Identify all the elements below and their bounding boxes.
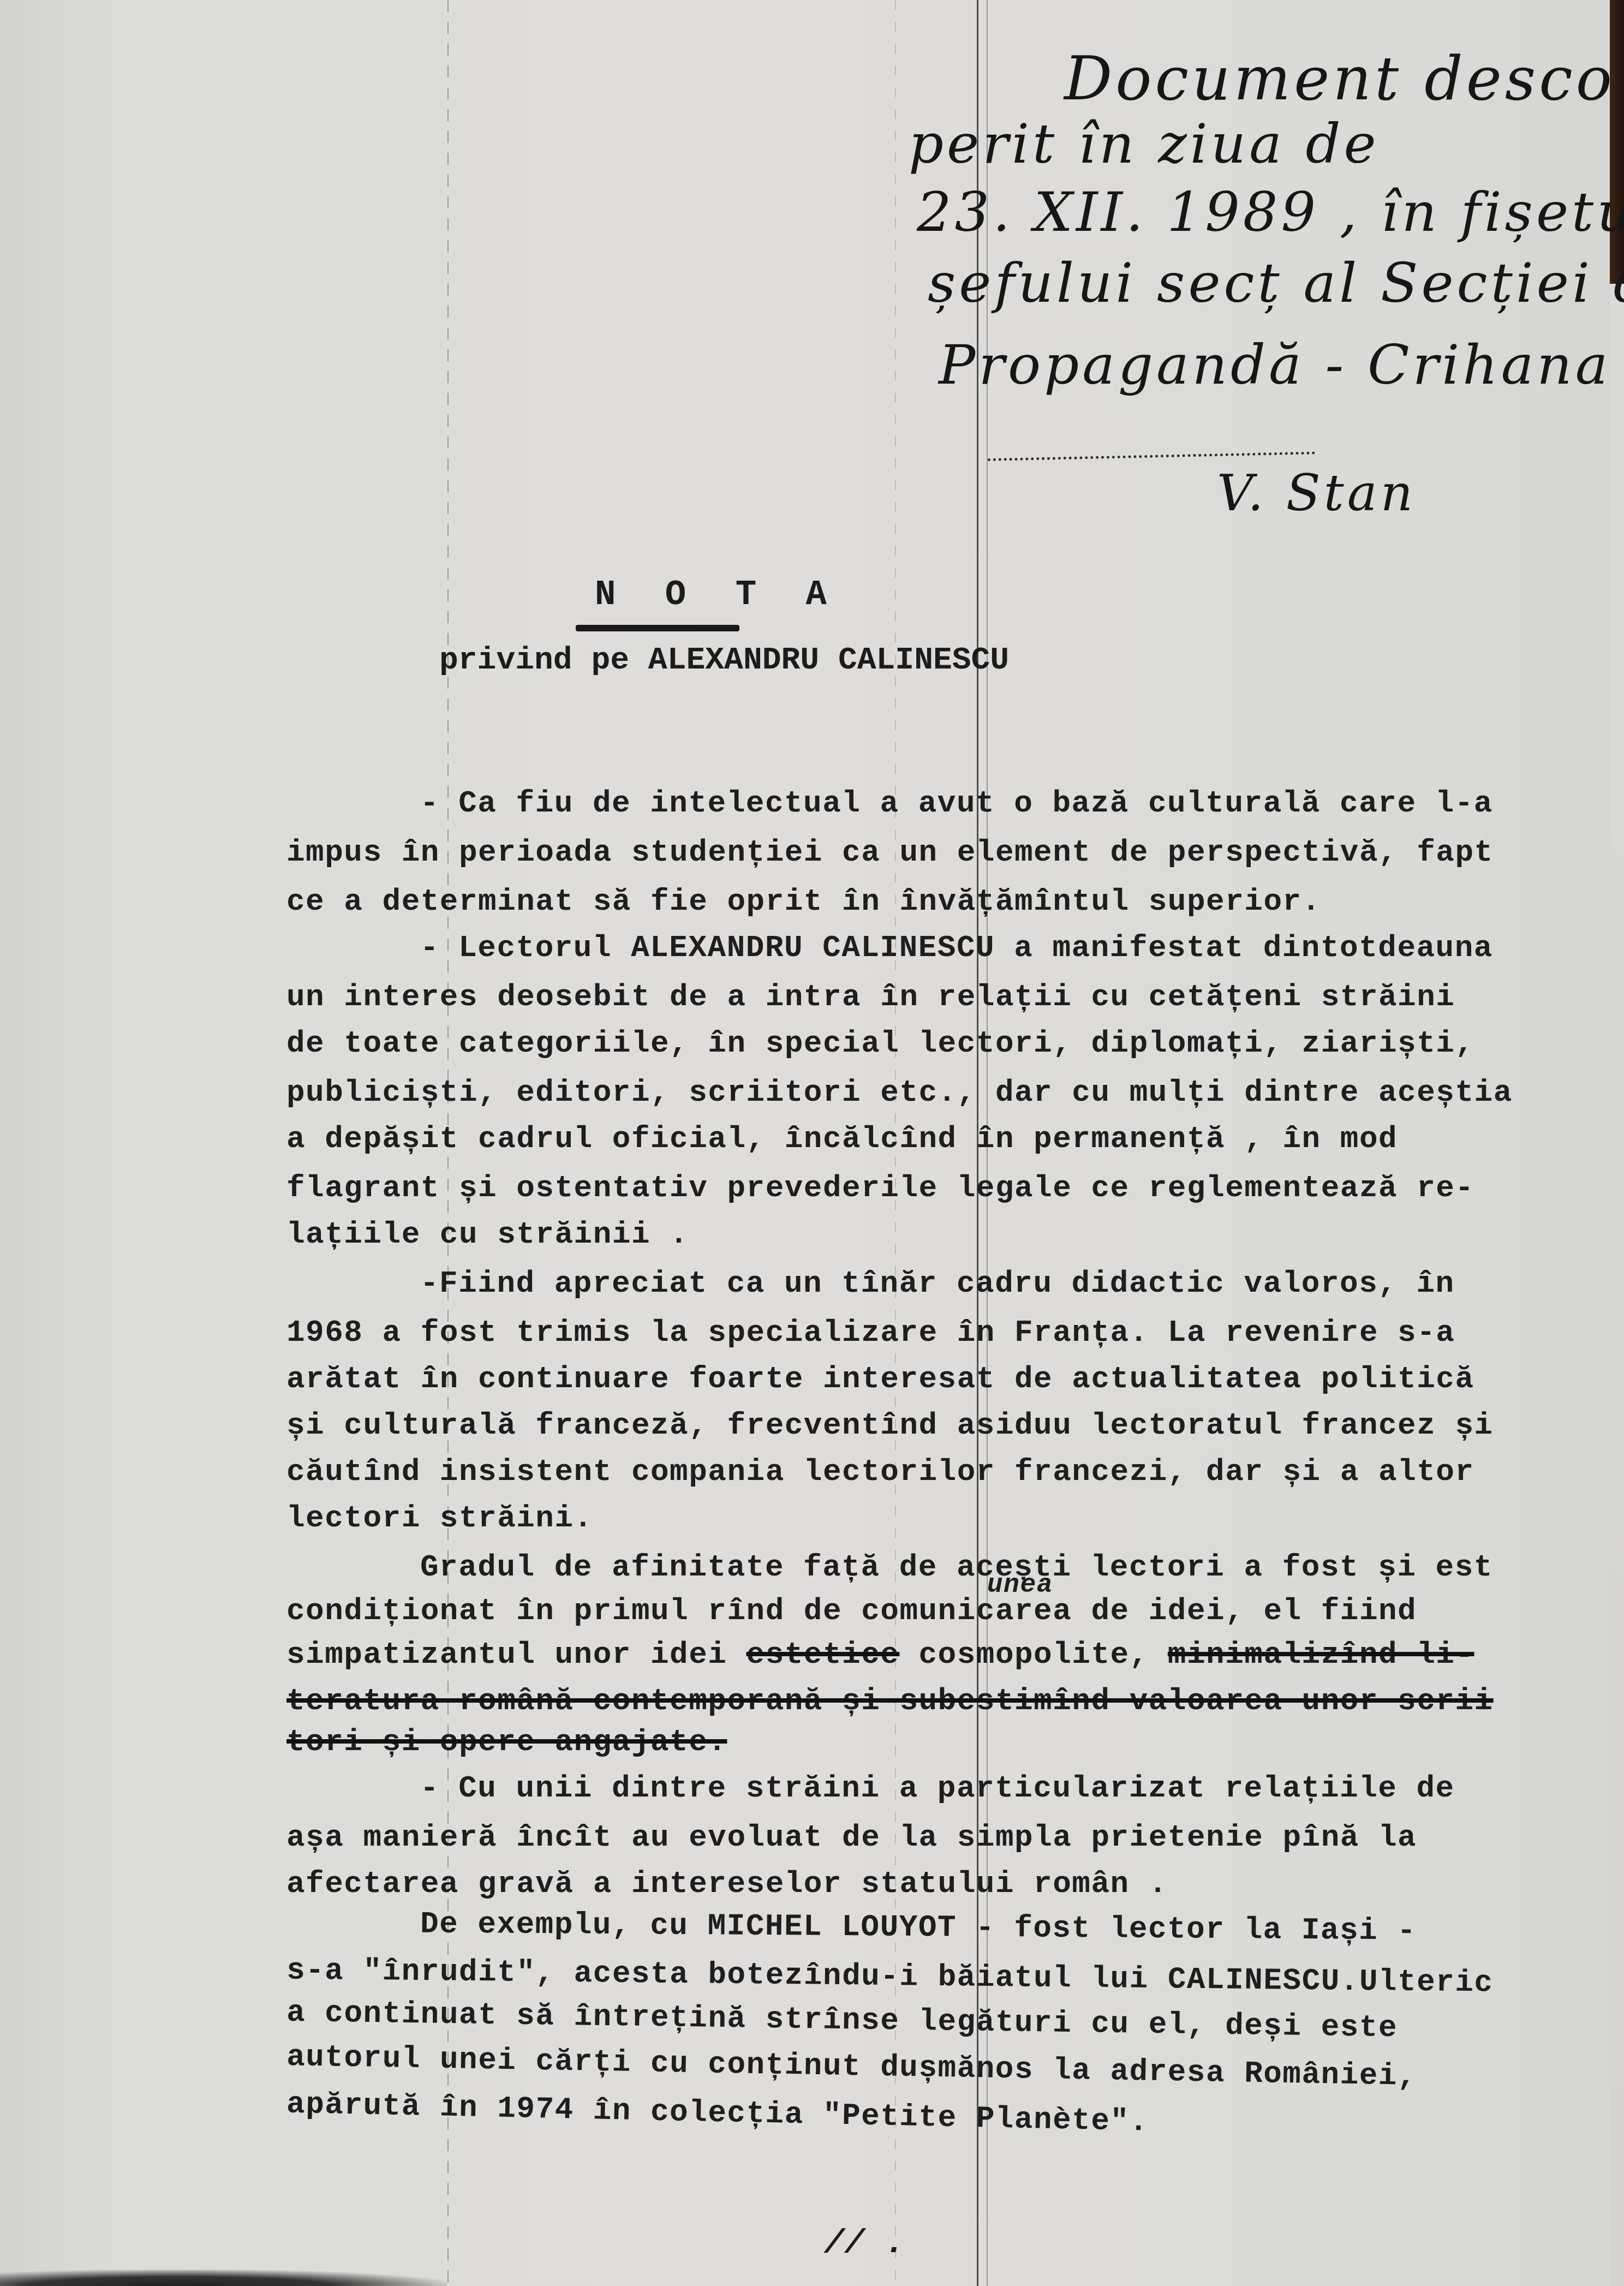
body-line: un interes deosebit de a intra în relați… <box>286 980 1455 1014</box>
body-line: - Lectorul ALEXANDRU CALINESCU a manifes… <box>420 930 1493 965</box>
body-line: a depășit cadrul oficial, încălcînd în p… <box>286 1121 1398 1156</box>
document-title: N O T A <box>595 576 841 615</box>
body-line: 1968 a fost trimis la specializare în Fr… <box>286 1315 1455 1350</box>
body-line: condiționat în primul rînd de comunicare… <box>286 1593 1417 1628</box>
signature: V. Stan <box>1217 464 1416 522</box>
body-line: lectori străini. <box>286 1501 593 1536</box>
body-line: tori și opere angajate. <box>286 1724 727 1759</box>
body-line: publiciști, editori, scriitori etc., dar… <box>286 1075 1513 1110</box>
body-line: afectarea gravă a intereselor statului r… <box>286 1866 1168 1901</box>
body-line: -Fiind apreciat ca un tînăr cadru didact… <box>420 1266 1455 1301</box>
overtype-insert: unea <box>987 1571 1053 1600</box>
page-continuation-marker: // . <box>824 2224 905 2263</box>
body-line: căutînd insistent compania lectorilor fr… <box>286 1454 1474 1489</box>
handwritten-line: perit în ziua de <box>909 112 1380 176</box>
body-line: arătat în continuare foarte interesat de… <box>286 1362 1474 1396</box>
handwritten-line: șefului secț al Secției de <box>928 251 1624 315</box>
body-line: - Cu unii dintre străini a particulariza… <box>420 1771 1455 1806</box>
struck-text: teratura română contemporană și subestim… <box>286 1684 1494 1718</box>
bottom-shadow <box>0 2270 447 2286</box>
body-line: și culturală franceză, frecventînd asidu… <box>286 1408 1494 1443</box>
body-line: - Ca fiu de intelectual a avut o bază cu… <box>420 786 1493 821</box>
body-line: flagrant și ostentativ prevederile legal… <box>286 1171 1474 1205</box>
body-line: ce a determinat să fie oprit în învățămî… <box>286 884 1321 919</box>
document-subtitle: privind pe ALEXANDRU CALINESCU <box>439 643 1009 678</box>
body-line: de toate categoriile, în special lectori… <box>286 1026 1474 1061</box>
body-line: simpatizantul unor idei estetice cosmopo… <box>286 1637 1474 1672</box>
handwritten-line: Propagandă - Crihana <box>939 333 1611 397</box>
struck-text: estetice <box>747 1637 900 1672</box>
overtyped-word: careaunea <box>976 1593 1072 1628</box>
body-line: lațiile cu străinii . <box>286 1217 689 1252</box>
struck-text: tori și opere angajate. <box>286 1724 727 1759</box>
body-line: De exemplu, cu MICHEL LOUYOT - fost lect… <box>420 1907 1417 1949</box>
struck-text: minimalizînd li- <box>1168 1637 1474 1672</box>
handwritten-line: Document desco - <box>1064 44 1624 114</box>
body-line: Gradul de afinitate față de acești lecto… <box>420 1550 1493 1585</box>
body-line: impus în perioada studenției ca un eleme… <box>286 835 1494 870</box>
body-line: teratura română contemporană și subestim… <box>286 1684 1494 1718</box>
handwritten-line: 23. XII. 1989 , în fișetul <box>917 180 1624 244</box>
body-line: așa manieră încît au evoluat de la simpl… <box>286 1820 1417 1855</box>
title-underline <box>576 625 739 631</box>
